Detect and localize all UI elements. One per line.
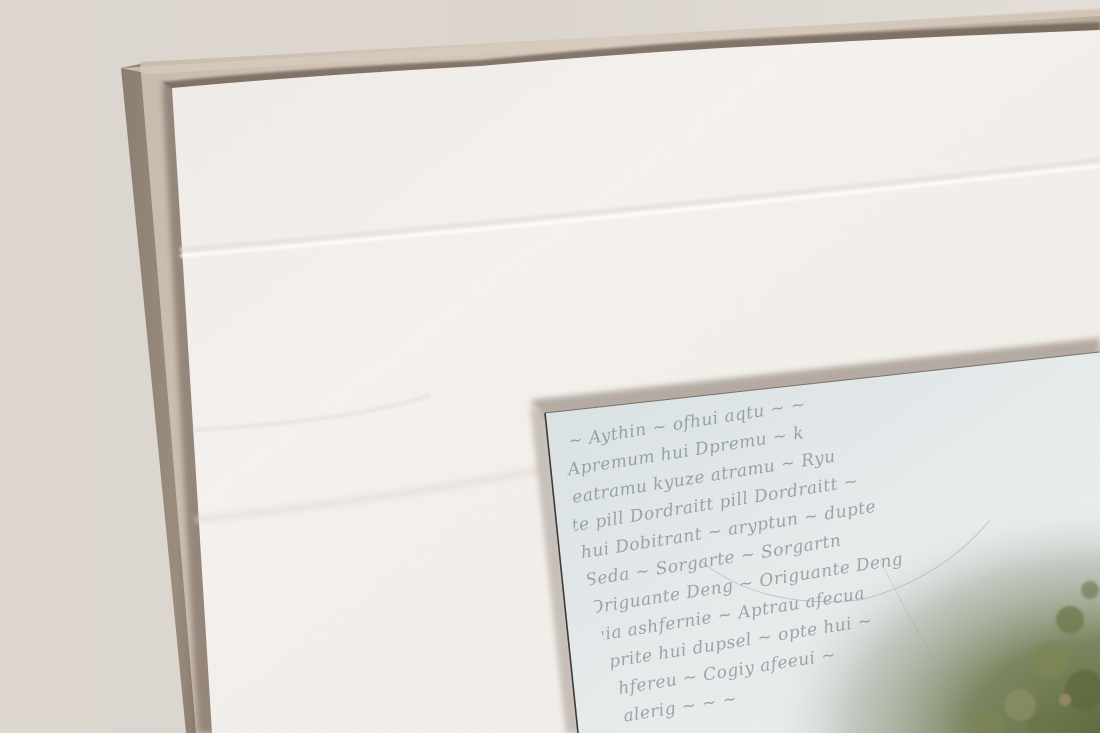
framed-artwork-photo: ~ Aythin ~ ofhui aqtu ~ ~ Apremum hui Dp…: [0, 0, 1100, 733]
photo-scene: ~ Aythin ~ ofhui aqtu ~ ~ Apremum hui Dp…: [0, 0, 1100, 733]
